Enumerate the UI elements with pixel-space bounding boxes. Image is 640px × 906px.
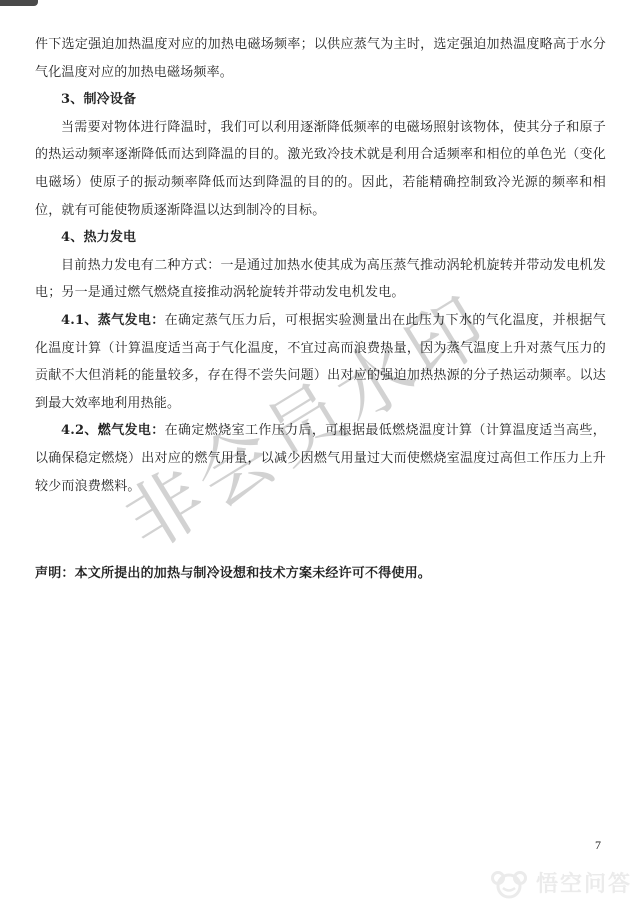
wukong-logo-text: 悟空问答 xyxy=(536,873,632,895)
paragraph-text: 本文所提出的加热与制冷设想和技术方案未经许可不得使用。 xyxy=(75,566,431,581)
paragraph: 件下选定强迫加热温度对应的加热电磁场频率；以供应蒸气为主时，选定强迫加热温度略高… xyxy=(35,31,606,86)
paragraph-text: 4、热力发电 xyxy=(61,230,136,245)
wukong-monkey-icon xyxy=(489,869,529,899)
paragraph: 4.1、蒸气发电：在确定蒸气压力后，可根据实验测量出在此压力下水的气化温度，并根… xyxy=(35,307,606,417)
scan-artifact xyxy=(0,0,38,6)
paragraph-text: 件下选定强迫加热温度对应的加热电磁场频率；以供应蒸气为主时，选定强迫加热温度略高… xyxy=(35,37,606,80)
paragraph-lead: 声明： xyxy=(35,566,75,581)
section-heading: 4、热力发电 xyxy=(35,224,606,252)
paragraph-lead: 4.1、蒸气发电： xyxy=(61,313,165,328)
wukong-brand: 悟空问答 xyxy=(489,869,632,899)
paragraph: 当需要对物体进行降温时，我们可以利用逐渐降低频率的电磁场照射该物体，使其分子和原… xyxy=(35,114,606,224)
paragraph: 4.2、燃气发电：在确定燃烧室工作压力后，可根据最低燃烧温度计算（计算温度适当高… xyxy=(35,417,606,500)
paragraph-text: 当需要对物体进行降温时，我们可以利用逐渐降低频率的电磁场照射该物体，使其分子和原… xyxy=(35,120,606,218)
paragraph-text: 目前热力发电有二种方式：一是通过加热水使其成为高压蒸气推动涡轮机旋转并带动发电机… xyxy=(35,258,606,301)
paragraph-lead: 4.2、燃气发电： xyxy=(61,423,165,438)
paragraph: 声明：本文所提出的加热与制冷设想和技术方案未经许可不得使用。 xyxy=(35,560,606,588)
document-content: 件下选定强迫加热温度对应的加热电磁场频率；以供应蒸气为主时，选定强迫加热温度略高… xyxy=(35,31,606,588)
paragraph-text: 3、制冷设备 xyxy=(61,92,136,107)
paragraph: 目前热力发电有二种方式：一是通过加热水使其成为高压蒸气推动涡轮机旋转并带动发电机… xyxy=(35,252,606,307)
page-number: 7 xyxy=(595,838,601,853)
section-heading: 3、制冷设备 xyxy=(35,86,606,114)
